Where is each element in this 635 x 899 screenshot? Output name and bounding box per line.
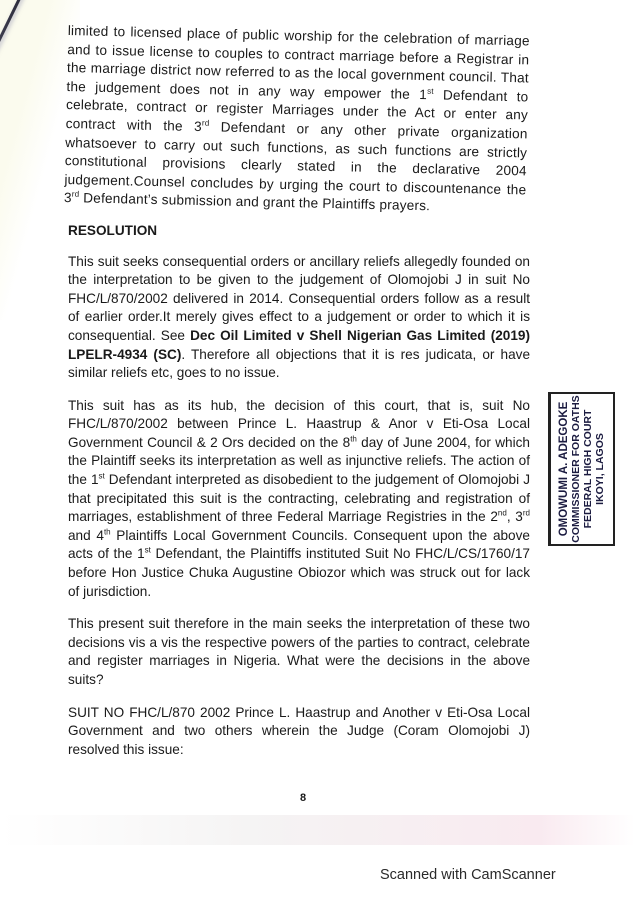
commissioner-for-oaths-stamp: OMOWUMI A. ADEGOKE COMMISSIONER FOR OATH… [548,392,615,546]
scan-smudge [0,815,635,845]
stamp-title: COMMISSIONER FOR OATHS [570,394,582,544]
stamp-name: OMOWUMI A. ADEGOKE [558,394,570,544]
section-heading-resolution: RESOLUTION [68,222,530,241]
document-body: limited to licensed place of public wors… [68,22,530,769]
camscanner-watermark: Scanned with CamScanner [380,867,556,883]
stamp-court: FEDERAL HIGH COURT [582,394,594,544]
paragraph-suit-hub: This suit has as its hub, the decision o… [68,397,530,602]
paragraph-present-suit: This present suit therefore in the main … [68,615,530,689]
paragraph-consequential-orders: This suit seeks consequential orders or … [68,253,530,383]
paragraph-suit-no: SUIT NO FHC/L/870 2002 Prince L. Haastru… [68,704,530,760]
stamp-location: IKOYI, LAGOS [594,394,606,544]
page-number: 8 [300,792,306,804]
paragraph-counsel-submission: limited to licensed place of public wors… [64,22,530,218]
